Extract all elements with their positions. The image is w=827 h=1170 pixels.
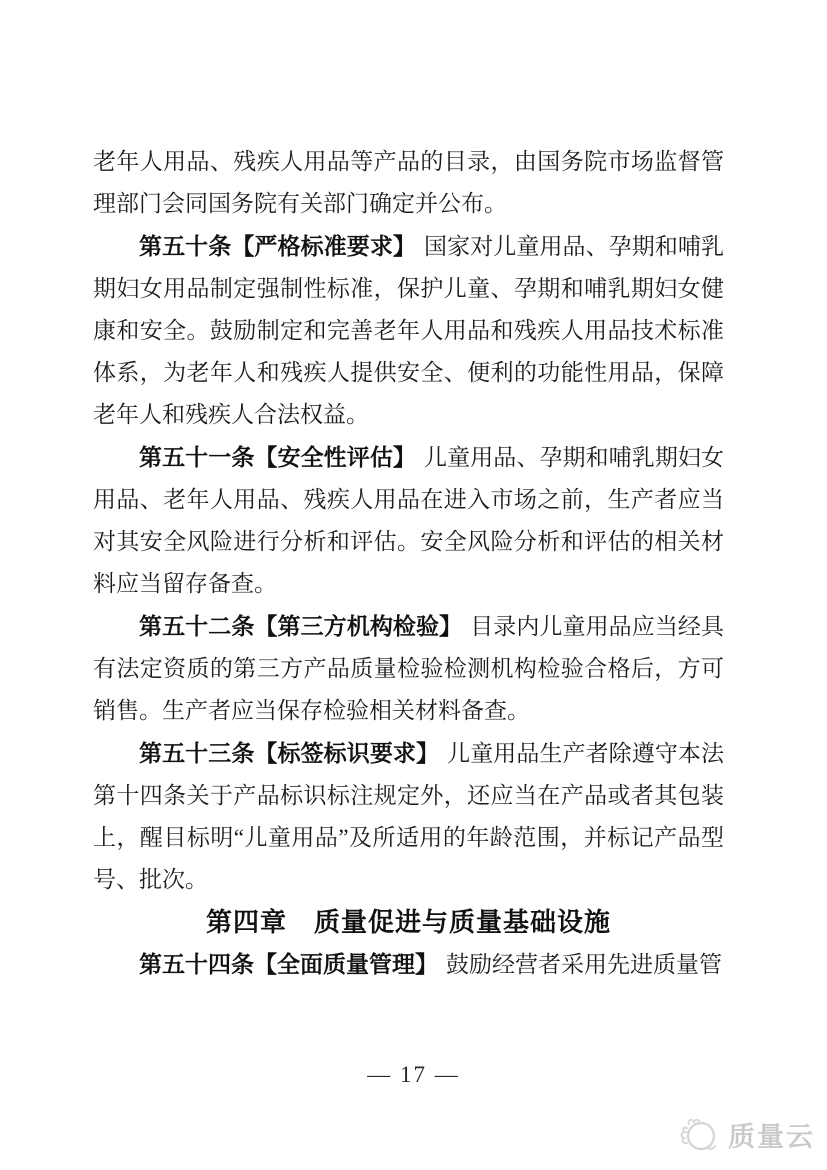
article-51-title: 第五十一条【安全性评估】: [139, 444, 416, 470]
document-body: 老年人用品、残疾人用品等产品的目录，由国务院市场监督管理部门会同国务院有关部门确…: [93, 141, 724, 986]
article-50-text: 国家对儿童用品、孕期和哺乳期妇女用品制定强制性标准，保护儿童、孕期和哺乳期妇女健…: [93, 234, 724, 427]
article-50: 第五十条【严格标准要求】国家对儿童用品、孕期和哺乳期妇女用品制定强制性标准，保护…: [93, 225, 724, 436]
article-54-title: 第五十四条【全面质量管理】: [139, 951, 438, 977]
article-53-title: 第五十三条【标签标识要求】: [139, 740, 439, 766]
article-51: 第五十一条【安全性评估】儿童用品、孕期和哺乳期妇女用品、老年人用品、残疾人用品在…: [93, 436, 724, 605]
document-page: 老年人用品、残疾人用品等产品的目录，由国务院市场监督管理部门会同国务院有关部门确…: [0, 0, 827, 1170]
watermark-text: 质量云: [728, 1115, 815, 1154]
page-number: — 17 —: [0, 1062, 827, 1088]
article-54-text: 鼓励经营者采用先进质量管: [446, 952, 722, 977]
article-50-title: 第五十条【严格标准要求】: [139, 233, 416, 259]
continuation-paragraph: 老年人用品、残疾人用品等产品的目录，由国务院市场监督管理部门会同国务院有关部门确…: [93, 141, 724, 225]
chapter-4-heading: 第四章 质量促进与质量基础设施: [93, 901, 724, 943]
article-54: 第五十四条【全面质量管理】鼓励经营者采用先进质量管: [93, 943, 724, 986]
watermark: 质量云: [677, 1114, 815, 1154]
article-52: 第五十二条【第三方机构检验】目录内儿童用品应当经具有法定资质的第三方产品质量检验…: [93, 605, 724, 732]
article-53: 第五十三条【标签标识要求】儿童用品生产者除遵守本法第十四条关于产品标识标注规定外…: [93, 732, 724, 901]
article-52-title: 第五十二条【第三方机构检验】: [139, 613, 462, 639]
quality-cloud-logo-icon: [677, 1114, 723, 1154]
